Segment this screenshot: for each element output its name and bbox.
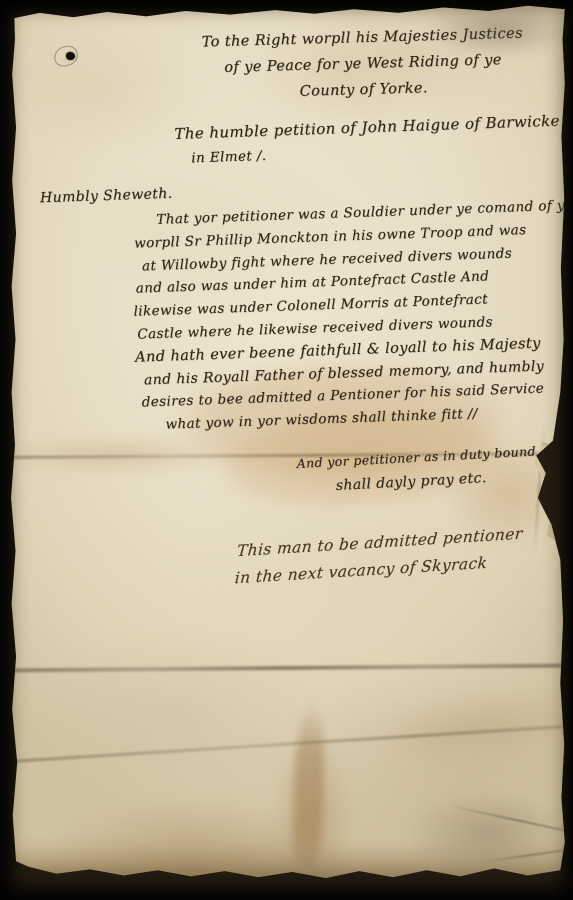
manuscript-page: To the Right worpll his Majesties Justic… — [6, 4, 567, 886]
photograph-background: To the Right worpll his Majesties Justic… — [0, 0, 573, 900]
smudge-bottom-right — [403, 790, 573, 880]
smudge-top-right — [425, 0, 573, 58]
edge-vignette — [6, 4, 567, 886]
